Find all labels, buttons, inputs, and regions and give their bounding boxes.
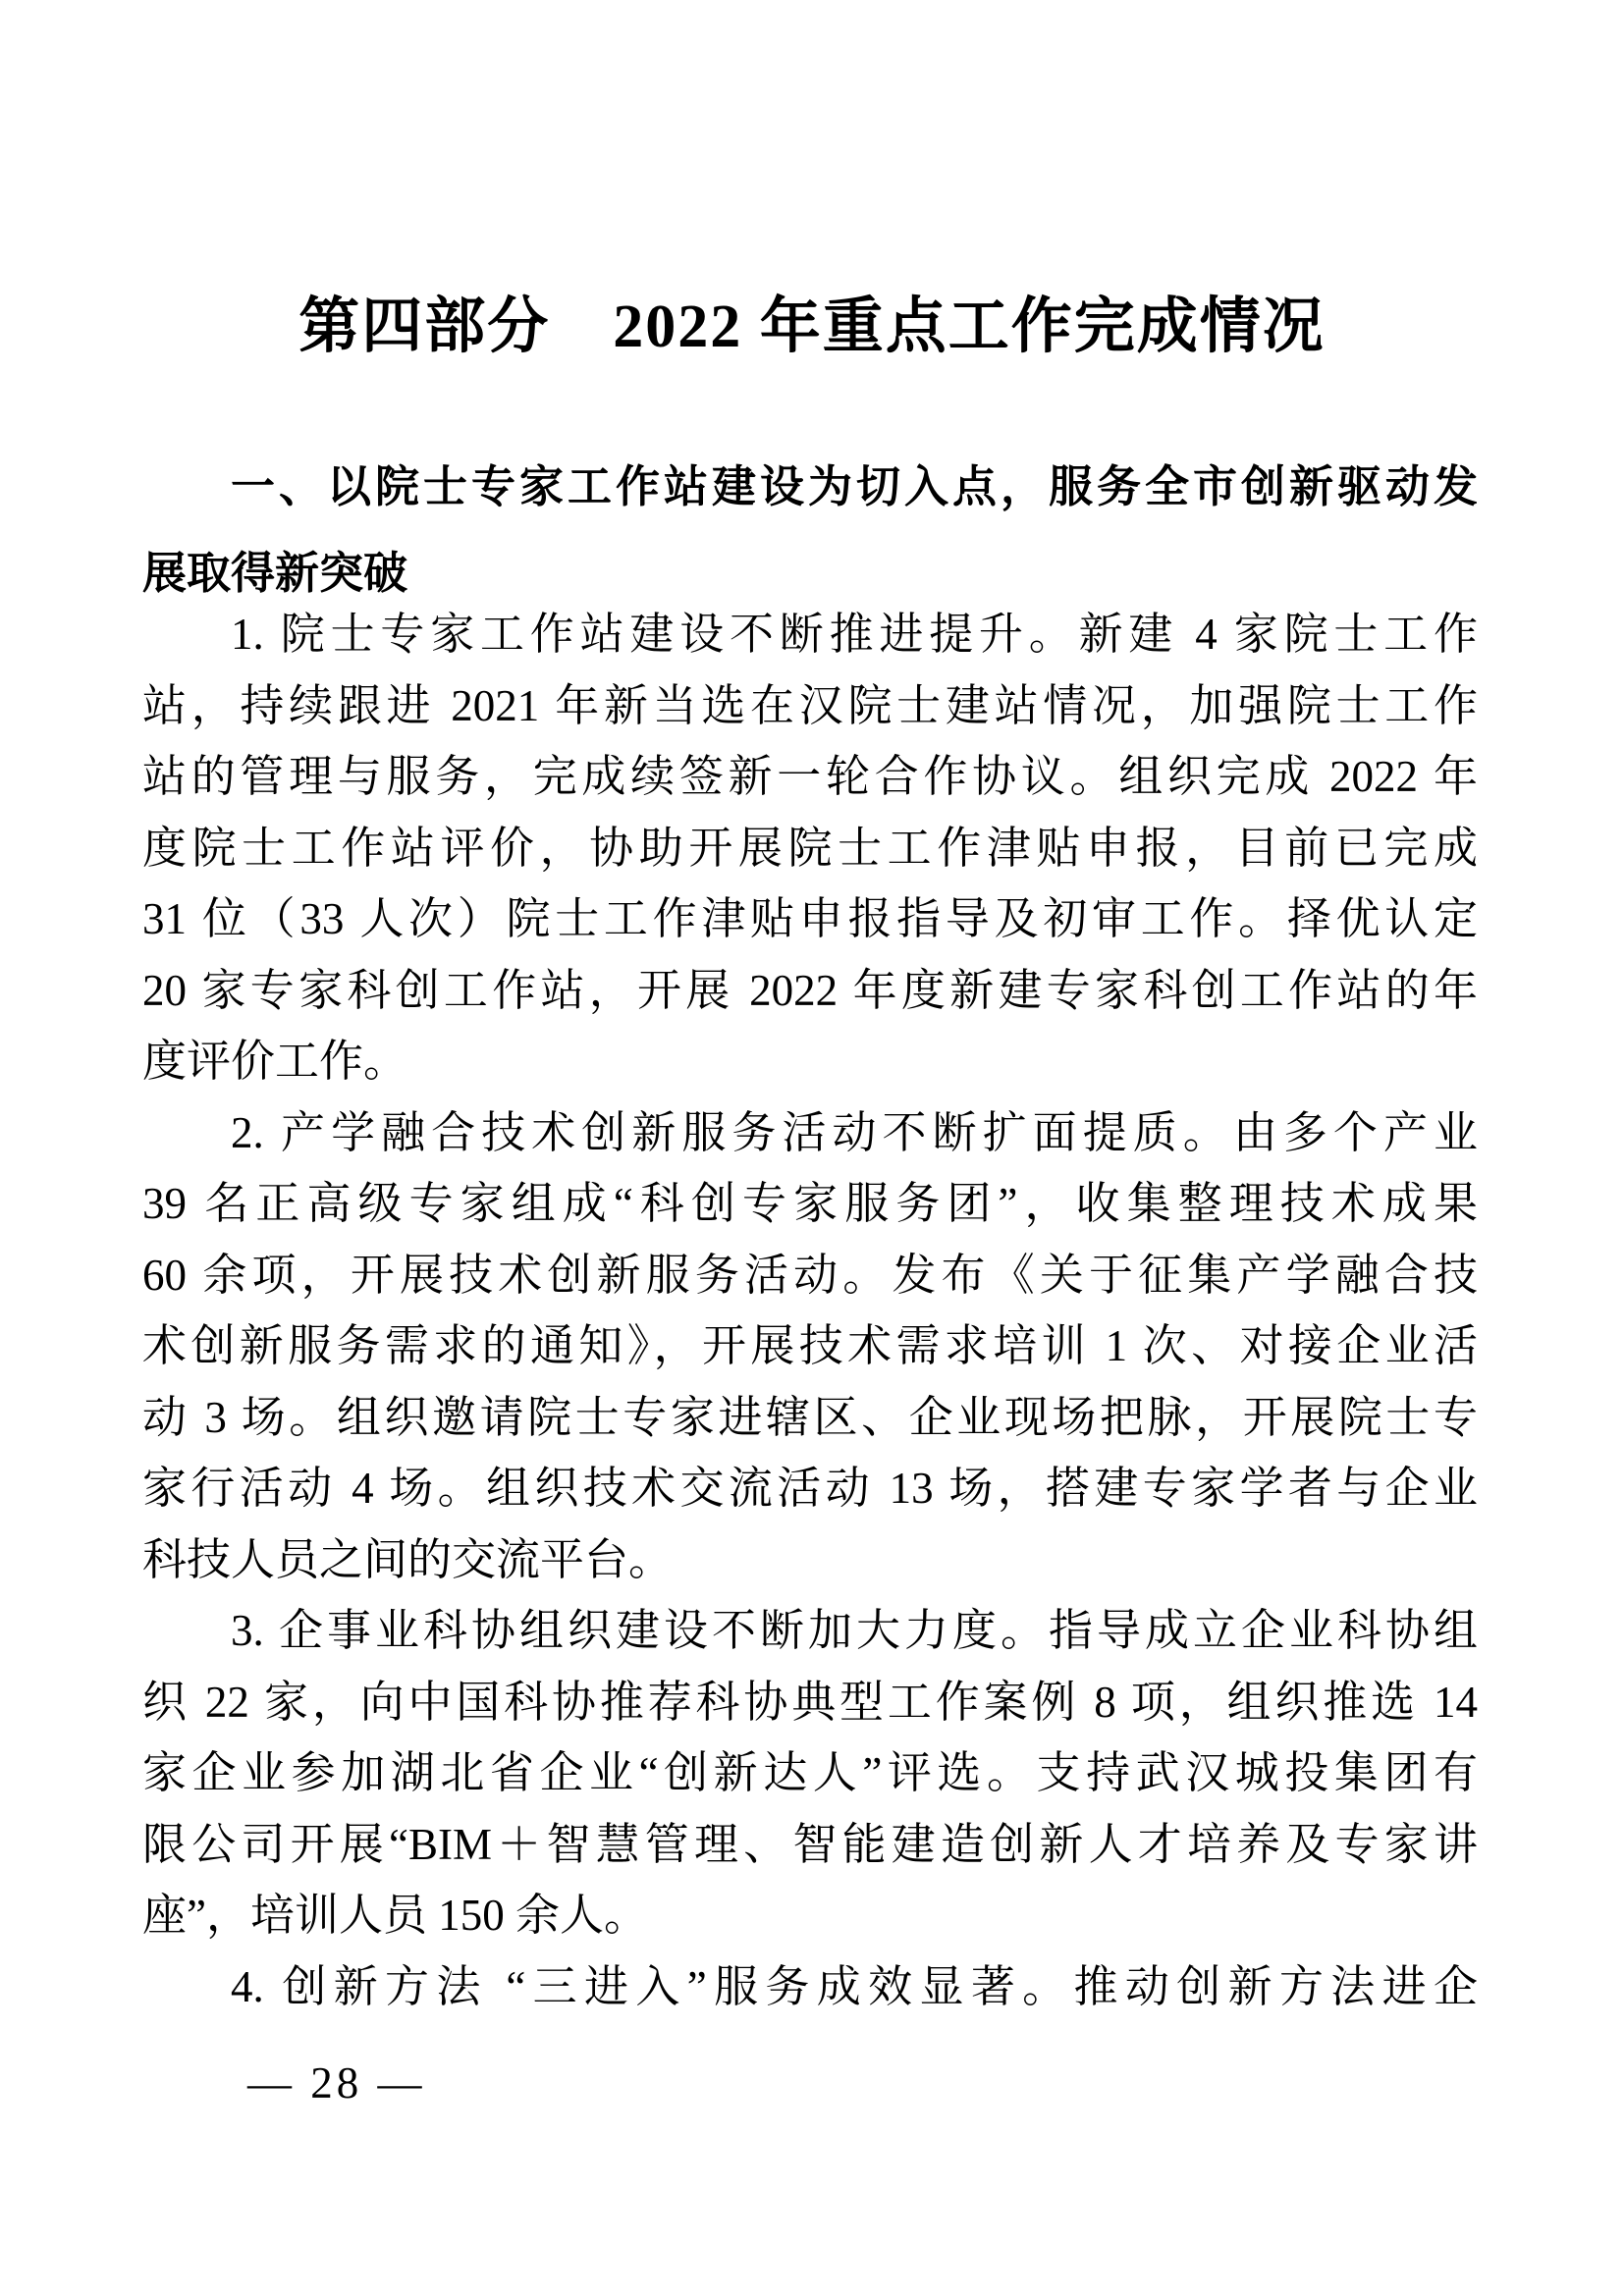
- body-line: 织 22 家，向中国科协推荐科协典型工作案例 8 项，组织推选 14: [142, 1667, 1478, 1738]
- body-line: 39 名正高级专家组成“科创专家服务团”，收集整理技术成果: [142, 1168, 1478, 1240]
- body-line: 3. 企事业科协组织建设不断加大力度。指导成立企业科协组: [142, 1595, 1478, 1667]
- document-title: 第四部分 2022 年重点工作完成情况: [0, 277, 1624, 364]
- document-page: 第四部分 2022 年重点工作完成情况 一、以院士专家工作站建设为切入点，服务全…: [0, 0, 1624, 2296]
- body-line: 4. 创新方法 “三进入”服务成效显著。推动创新方法进企: [142, 1951, 1478, 2023]
- section-heading-line: 一、以院士专家工作站建设为切入点，服务全市创新驱动发: [142, 444, 1478, 530]
- body-line: 1. 院士专家工作站建设不断推进提升。新建 4 家院士工作: [142, 599, 1478, 670]
- body-line: 60 余项，开展技术创新服务活动。发布《关于征集产学融合技: [142, 1240, 1478, 1311]
- body-line: 家企业参加湖北省企业“创新达人”评选。支持武汉城投集团有: [142, 1737, 1478, 1809]
- body-line: 度院士工作站评价，协助开展院士工作津贴申报，目前已完成: [142, 813, 1478, 884]
- body-line: 2. 产学融合技术创新服务活动不断扩面提质。由多个产业: [142, 1097, 1478, 1169]
- page-number: — 28 —: [247, 2057, 426, 2109]
- body-line: 座”，培训人员 150 余人。: [142, 1880, 1478, 1951]
- body-line: 站的管理与服务，完成续签新一轮合作协议。组织完成 2022 年: [142, 741, 1478, 813]
- section-heading: 一、以院士专家工作站建设为切入点，服务全市创新驱动发 展取得新突破: [142, 444, 1478, 616]
- body-line: 20 家专家科创工作站，开展 2022 年度新建专家科创工作站的年: [142, 955, 1478, 1027]
- body-line: 31 位（33 人次）院士工作津贴申报指导及初审工作。择优认定: [142, 883, 1478, 955]
- body-line: 术创新服务需求的通知》，开展技术需求培训 1 次、对接企业活: [142, 1310, 1478, 1382]
- body-line: 动 3 场。组织邀请院士专家进辖区、企业现场把脉，开展院士专: [142, 1382, 1478, 1454]
- body-line: 限公司开展“BIM＋智慧管理、智能建造创新人才培养及专家讲: [142, 1809, 1478, 1881]
- body-line: 科技人员之间的交流平台。: [142, 1524, 1478, 1596]
- body-line: 家行活动 4 场。组织技术交流活动 13 场，搭建专家学者与企业: [142, 1453, 1478, 1524]
- document-body: 1. 院士专家工作站建设不断推进提升。新建 4 家院士工作 站，持续跟进 202…: [142, 599, 1478, 2022]
- body-line: 站，持续跟进 2021 年新当选在汉院士建站情况，加强院士工作: [142, 670, 1478, 742]
- body-line: 度评价工作。: [142, 1026, 1478, 1097]
